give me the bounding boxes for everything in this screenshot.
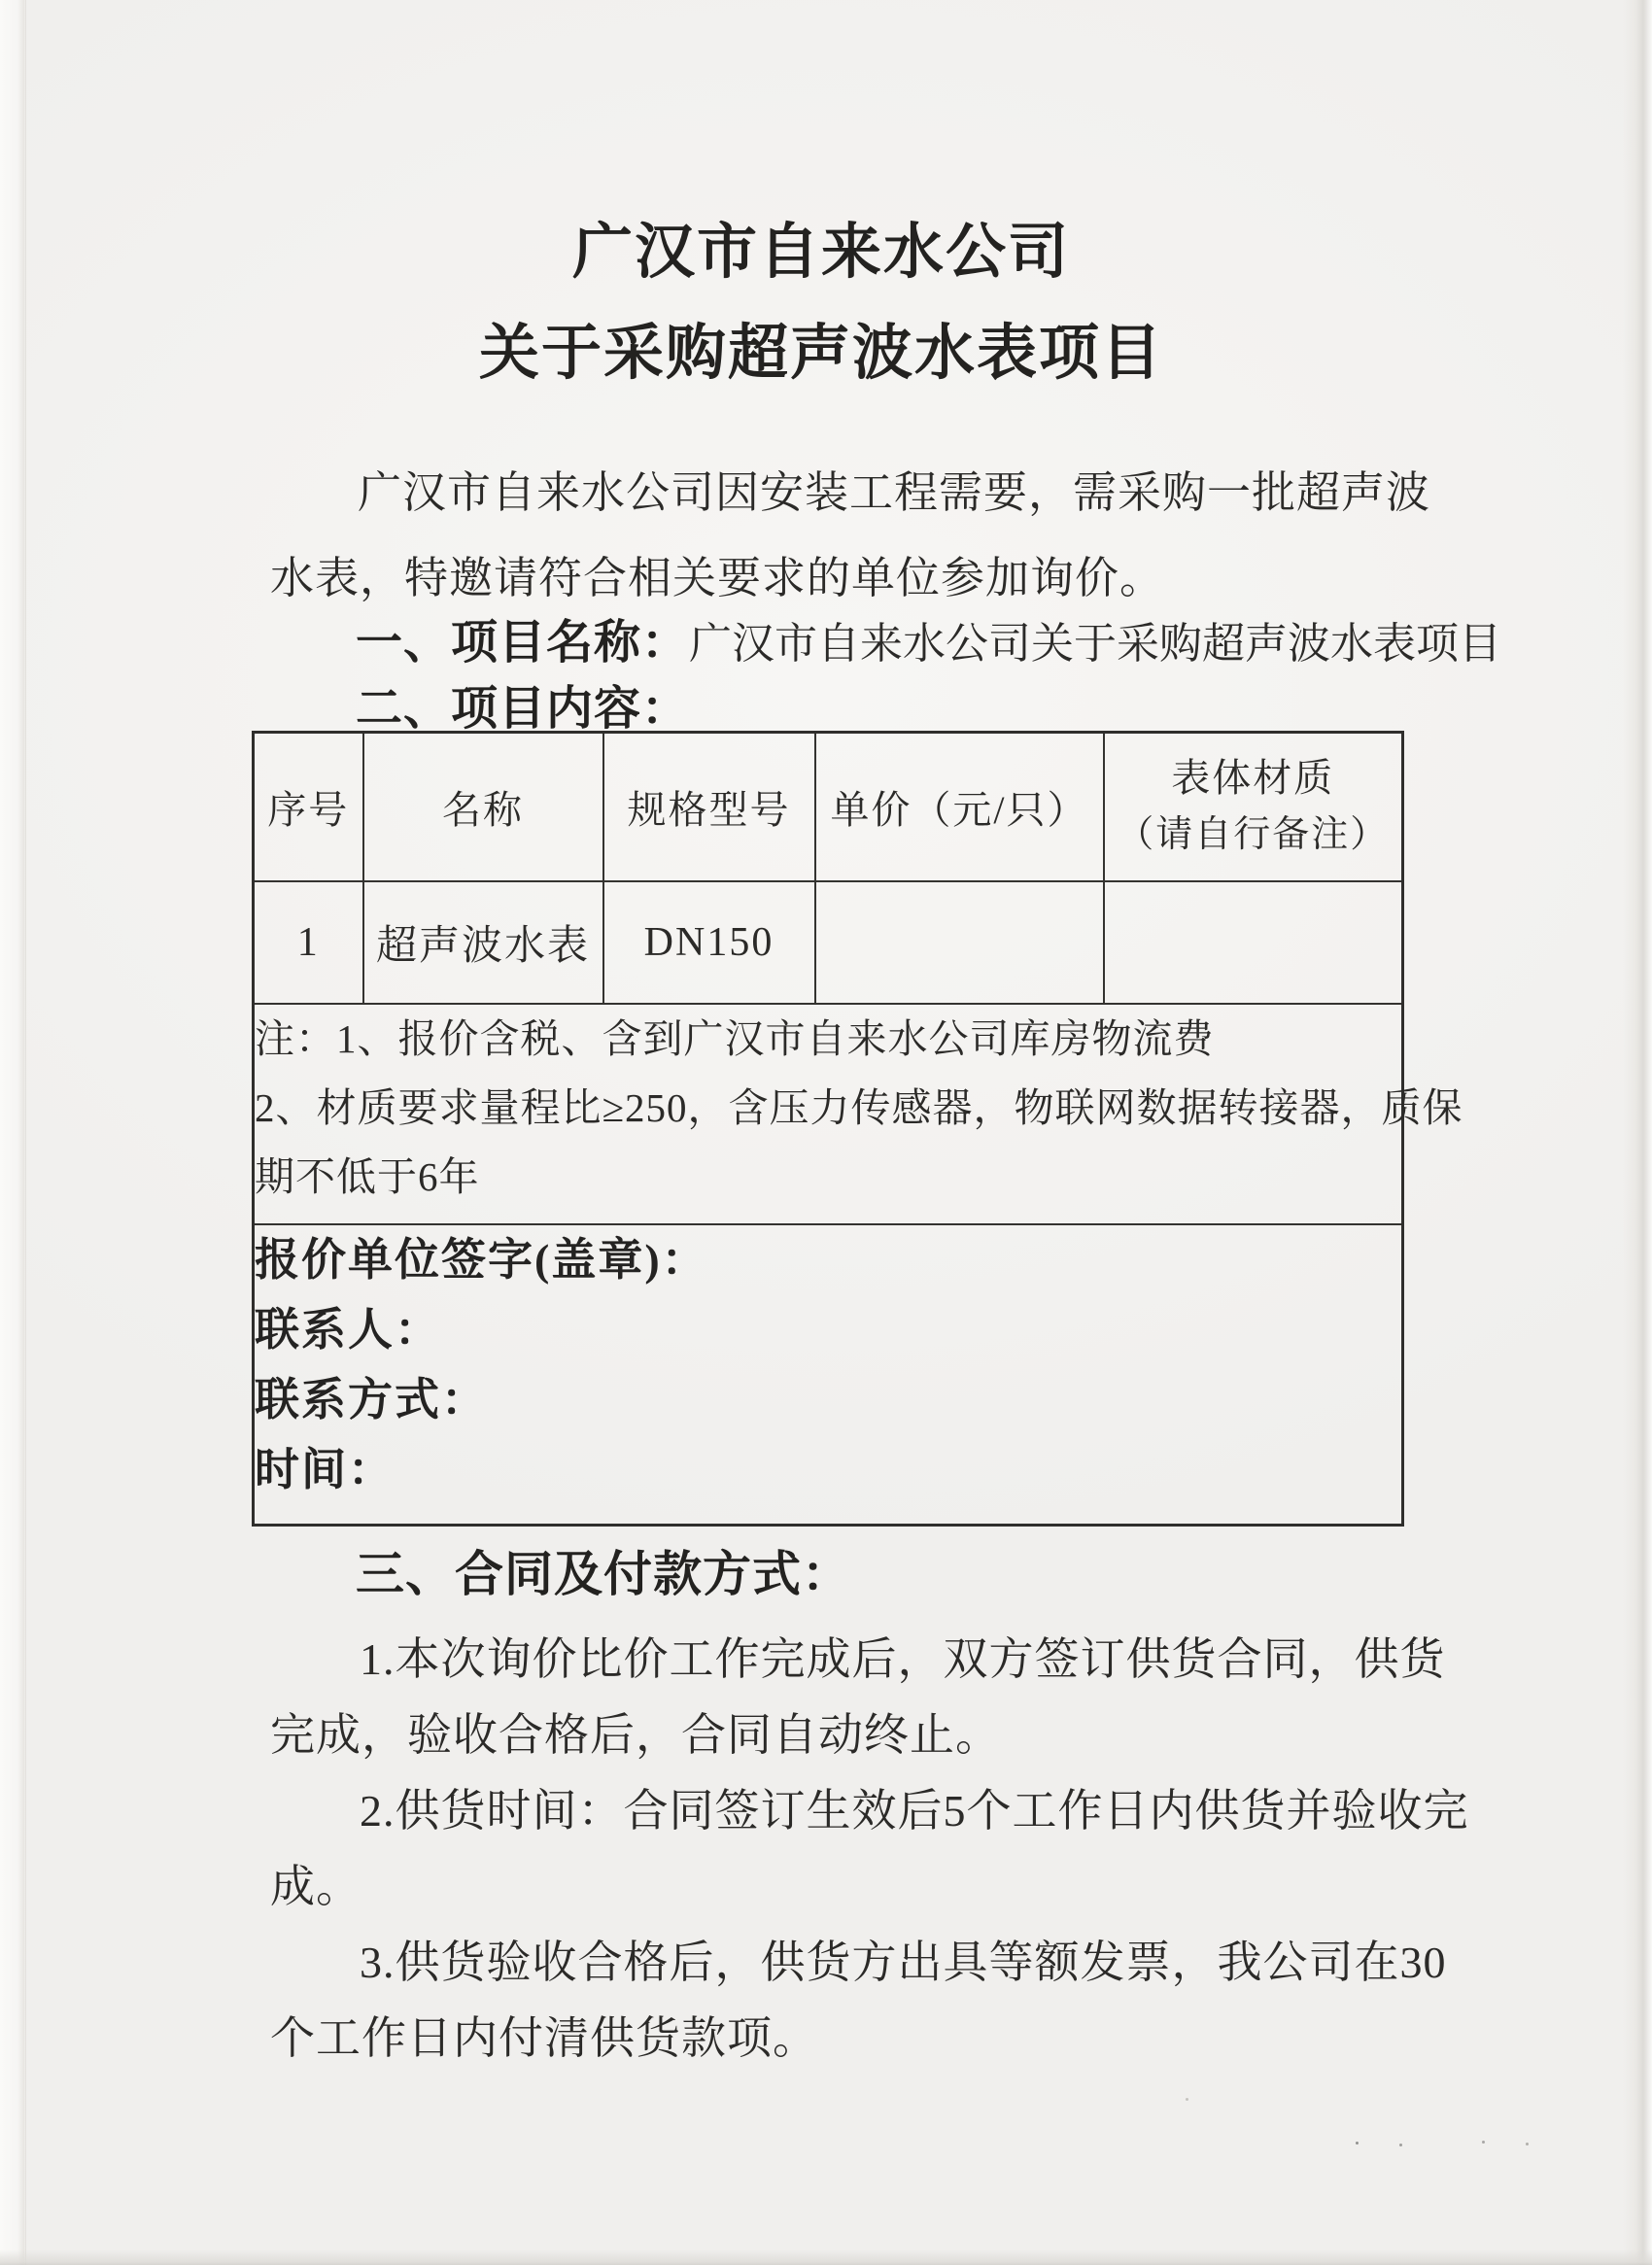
terms-line4: 成。	[270, 1860, 361, 1914]
note-line1: 注：1、报价含税、含到广汉市自来水公司库房物流费	[255, 1005, 1401, 1074]
cell-model: DN150	[603, 881, 815, 1004]
col-header-name: 名称	[363, 733, 603, 881]
table-notes-cell: 注：1、报价含税、含到广汉市自来水公司库房物流费 2、材质要求量程比≥250，含…	[254, 1004, 1403, 1224]
section-3-label: 三、合同及付款方式：	[356, 1547, 851, 1601]
terms-line2: 完成，验收合格后，合同自动终止。	[270, 1708, 1001, 1763]
signature-label-contact-person: 联系人：	[255, 1295, 1401, 1365]
cell-seq: 1	[254, 881, 363, 1004]
signature-label-contact-method: 联系方式：	[255, 1365, 1401, 1435]
table-signature-cell: 报价单位签字(盖章)： 联系人： 联系方式： 时间：	[254, 1224, 1403, 1526]
signature-label-company-seal: 报价单位签字(盖章)：	[255, 1225, 1401, 1295]
document-title-line2: 关于采购超声波水表项目	[29, 317, 1613, 391]
col-header-seq: 序号	[254, 733, 363, 881]
section-3-contract-payment: 三、合同及付款方式：	[356, 1547, 851, 1601]
section-1-value: 广汉市自来水公司关于采购超声波水表项目	[689, 620, 1501, 668]
project-content-table: 序号 名称 规格型号 单价（元/只） 表体材质 （请自行备注） 1 超声波水表 …	[252, 731, 1404, 1527]
section-1-project-name: 一、项目名称：广汉市自来水公司关于采购超声波水表项目	[356, 608, 1501, 670]
col-header-material-line1: 表体材质	[1105, 750, 1402, 806]
intro-paragraph-line2: 水表，特邀请符合相关要求的单位参加询价。	[270, 552, 1164, 604]
col-header-model: 规格型号	[603, 733, 815, 881]
terms-line3: 2.供货时间：合同签订生效后5个工作日内供货并验收完	[360, 1784, 1469, 1838]
cell-name: 超声波水表	[363, 881, 603, 1004]
section-2-label: 二、项目内容：	[356, 683, 689, 735]
signature-label-date: 时间：	[255, 1435, 1401, 1505]
scanned-document-page: 广汉市自来水公司 关于采购超声波水表项目 广汉市自来水公司因安装工程需要，需采购…	[0, 0, 1652, 2265]
terms-line1: 1.本次询价比价工作完成后，双方签订供货合同，供货	[360, 1632, 1446, 1687]
terms-line5: 3.供货验收合格后，供货方出具等额发票，我公司在30	[360, 1936, 1447, 1990]
terms-line6: 个工作日内付清供货款项。	[270, 2011, 818, 2066]
cell-material	[1104, 881, 1403, 1004]
table-signature-row: 报价单位签字(盖章)： 联系人： 联系方式： 时间：	[254, 1224, 1403, 1526]
note-line3: 期不低于6年	[255, 1143, 1401, 1212]
scan-bottom-edge	[0, 2249, 1652, 2265]
table-row-item1: 1 超声波水表 DN150	[254, 881, 1403, 1004]
cell-unit-price	[815, 881, 1104, 1004]
scan-left-edge	[0, 0, 26, 2265]
table-notes-row: 注：1、报价含税、含到广汉市自来水公司库房物流费 2、材质要求量程比≥250，含…	[254, 1004, 1403, 1224]
section-2-project-content: 二、项目内容：	[356, 682, 689, 737]
col-header-material-line2: （请自行备注）	[1105, 806, 1402, 863]
note-line2: 2、材质要求量程比≥250，含压力传感器，物联网数据转接器，质保	[255, 1074, 1401, 1143]
table-header-row: 序号 名称 规格型号 单价（元/只） 表体材质 （请自行备注）	[254, 733, 1403, 881]
scan-noise-speckles	[1356, 2142, 1359, 2145]
intro-paragraph-line1: 广汉市自来水公司因安装工程需要，需采购一批超声波	[358, 466, 1430, 519]
scan-right-edge	[1623, 0, 1652, 2265]
col-header-unit-price: 单价（元/只）	[815, 733, 1104, 881]
section-1-label: 一、项目名称：	[356, 617, 689, 669]
document-title-line1: 广汉市自来水公司	[29, 216, 1613, 290]
col-header-material: 表体材质 （请自行备注）	[1104, 733, 1403, 881]
